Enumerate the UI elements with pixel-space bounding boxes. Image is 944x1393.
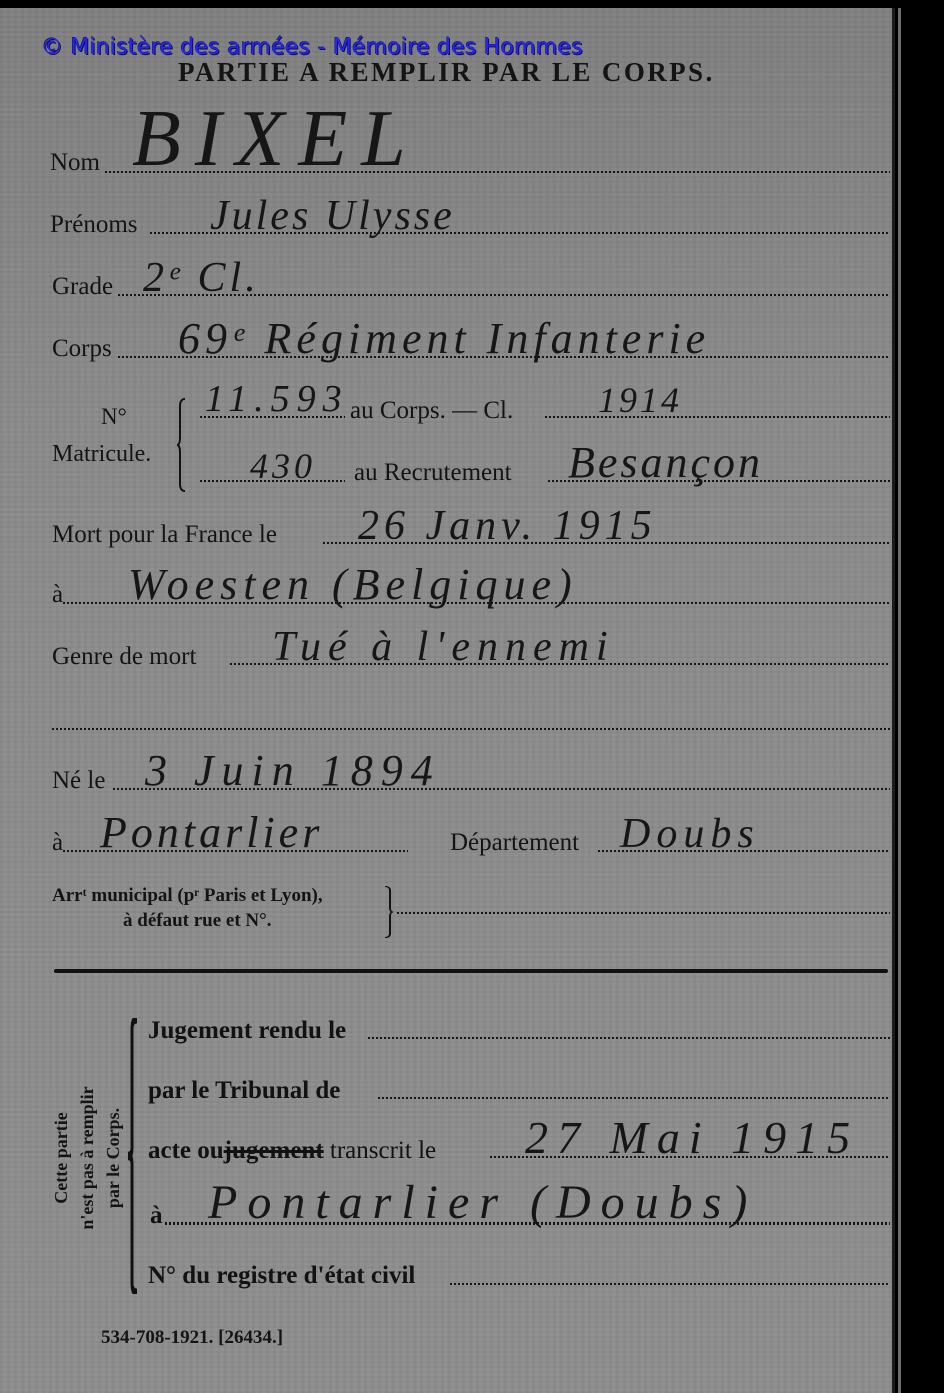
matricule-recrutement-number: 430 xyxy=(250,448,316,484)
blank-dotted-line xyxy=(52,728,890,730)
section-title: PARTIE A REMPLIR PAR LE CORPS. xyxy=(178,59,715,86)
matricule-label: Matricule. xyxy=(52,442,151,466)
transcription-lieu-label: à xyxy=(150,1203,163,1228)
recrutement-label: au Recrutement xyxy=(354,460,512,485)
prenoms-value: Jules Ulysse xyxy=(210,195,455,237)
mort-label: Mort pour la France le xyxy=(52,522,277,547)
arrondissement-brace-icon xyxy=(384,886,394,938)
transcription-label-suffix: transcrit le xyxy=(330,1137,436,1164)
transcription-label-struck: jugement xyxy=(224,1137,324,1164)
arrondissement-label: Arrᵗ municipal (pʳ Paris et Lyon), xyxy=(52,886,323,905)
print-reference: 534-708-1921. [26434.] xyxy=(101,1328,283,1347)
arrondissement-sublabel: à défaut rue et N°. xyxy=(123,911,271,930)
tribunal-dotted-line xyxy=(378,1097,890,1099)
corps-value: 69ᵉ Régiment Infanterie xyxy=(178,317,710,361)
naissance-label: Né le xyxy=(52,768,105,793)
transcription-date-value: 27 Mai 1915 xyxy=(525,1115,859,1161)
scan-edge xyxy=(898,8,901,1393)
transcription-label: acte oujugement transcrit le xyxy=(148,1138,436,1163)
arrondissement-dotted-line xyxy=(397,912,890,914)
side-note-line: Cette partie xyxy=(48,1058,74,1258)
lower-section-brace-icon xyxy=(126,1018,138,1294)
classe-value: 1914 xyxy=(598,382,682,418)
transcription-label-prefix: acte ou xyxy=(148,1137,224,1164)
matricule-label-no: N° xyxy=(101,405,127,428)
prenoms-label: Prénoms xyxy=(50,212,138,237)
naissance-date-value: 3 Juin 1894 xyxy=(145,749,441,793)
jugement-label: Jugement rendu le xyxy=(148,1018,346,1043)
section-divider xyxy=(54,969,888,973)
genre-mort-value: Tué à l'ennemi xyxy=(272,626,615,668)
grade-label: Grade xyxy=(52,274,113,299)
nom-label: Nom xyxy=(50,150,100,175)
jugement-dotted-line xyxy=(368,1037,890,1039)
mort-lieu-label: à xyxy=(52,582,63,607)
matricule-brace-icon xyxy=(176,398,186,492)
matricule-corps-number: 11.593 xyxy=(205,380,349,418)
nom-value: BIXEL xyxy=(132,99,420,179)
side-note: Cette partie n'est pas à remplir par le … xyxy=(48,1058,128,1258)
mort-date-value: 26 Janv. 1915 xyxy=(358,505,657,547)
departement-value: Doubs xyxy=(620,813,760,855)
naissance-lieu-value: Pontarlier xyxy=(100,811,323,855)
au-corps-classe-label: au Corps. — Cl. xyxy=(350,398,513,423)
grade-value: 2ᵉ Cl. xyxy=(143,257,260,299)
transcription-lieu-value: Pontarlier (Doubs) xyxy=(208,1179,757,1227)
naissance-lieu-label: à xyxy=(52,830,63,855)
copyright-watermark: © Ministère des armées - Mémoire des Hom… xyxy=(41,37,583,59)
registre-dotted-line xyxy=(450,1283,890,1285)
tribunal-label: par le Tribunal de xyxy=(148,1078,340,1103)
classe-dotted-line xyxy=(545,416,890,418)
recrutement-value: Besançon xyxy=(568,441,763,485)
side-note-line: par le Corps. xyxy=(100,1058,126,1258)
genre-mort-label: Genre de mort xyxy=(52,644,196,669)
mort-lieu-value: Woesten (Belgique) xyxy=(128,563,578,607)
corps-label: Corps xyxy=(52,336,112,361)
side-note-line: n'est pas à remplir xyxy=(74,1058,100,1258)
registre-label: N° du registre d'état civil xyxy=(148,1263,415,1288)
departement-label: Département xyxy=(450,830,579,855)
